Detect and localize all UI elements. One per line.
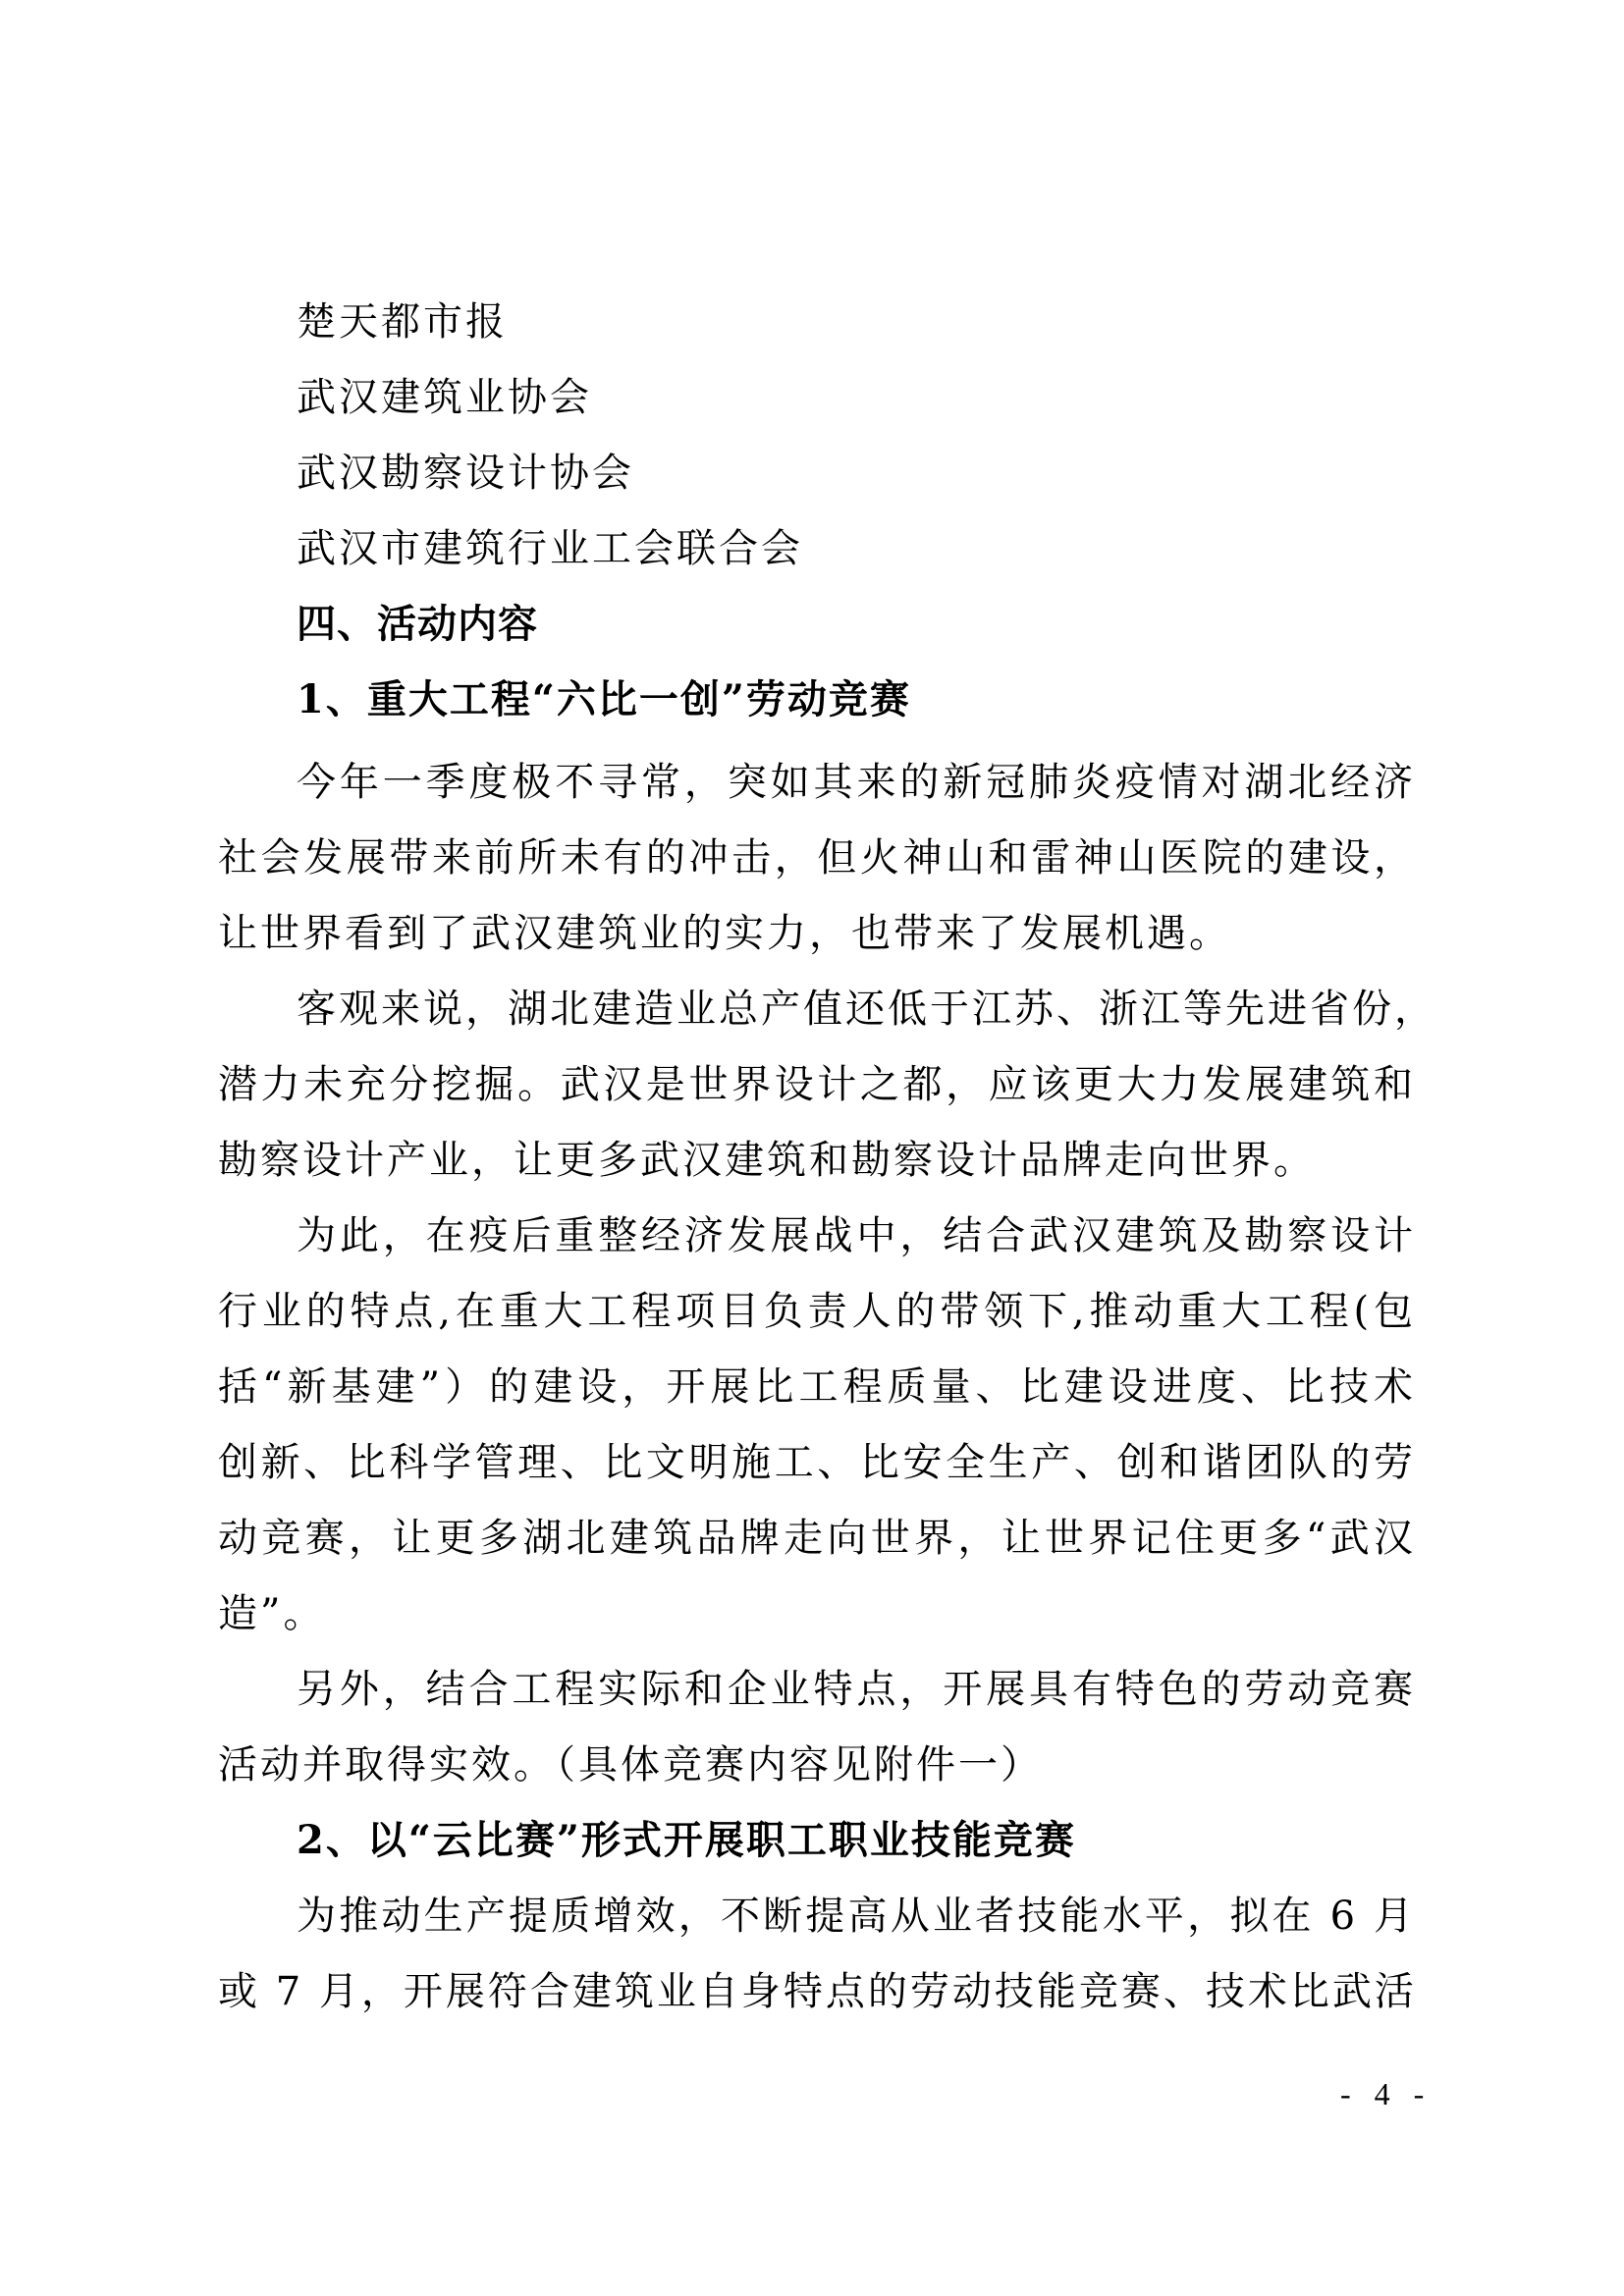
paragraph-line: 勘察设计产业，让更多武汉建筑和勘察设计品牌走向世界。: [218, 1136, 1316, 1185]
organizer-line: 武汉市建筑行业工会联合会: [297, 524, 803, 573]
paragraph-line: 活动并取得实效。（具体竞赛内容见附件一）: [218, 1740, 1043, 1789]
paragraph-line: 动竞赛，让更多湖北建筑品牌走向世界，让世界记住更多“武汉: [218, 1514, 1416, 1563]
paragraph-line: 为此，在疫后重整经济发展战中，结合武汉建筑及勘察设计: [297, 1211, 1416, 1260]
organizer-line: 楚天都市报: [297, 297, 508, 347]
paragraph-line: 潜力未充分挖掘。武汉是世界设计之都，应该更大力发展建筑和: [218, 1060, 1416, 1109]
paragraph-line: 或 7 月，开展符合建筑业自身特点的劳动技能竞赛、技术比武活: [218, 1967, 1416, 2016]
paragraph-line: 造”。: [218, 1589, 325, 1638]
organizer-line: 武汉勘察设计协会: [297, 449, 634, 498]
paragraph-line: 创新、比科学管理、比文明施工、比安全生产、创和谐团队的劳: [218, 1438, 1416, 1487]
page-number: - 4 -: [1340, 2076, 1432, 2112]
subsection-title: 1、重大工程“六比一创”劳动竞赛: [297, 675, 911, 724]
paragraph-line: 另外，结合工程实际和企业特点，开展具有特色的劳动竞赛: [297, 1665, 1416, 1714]
section-heading: 四、活动内容: [297, 600, 538, 649]
organizer-line: 武汉建筑业协会: [297, 373, 592, 422]
paragraph-line: 行业的特点,在重大工程项目负责人的带领下,推动重大工程(包: [218, 1287, 1416, 1336]
paragraph-line: 社会发展带来前所未有的冲击，但火神山和雷神山医院的建设，: [218, 833, 1416, 882]
subsection-title: 2、以“云比赛”形式开展职工职业技能竞赛: [297, 1816, 1076, 1865]
paragraph-line: 客观来说，湖北建造业总产值还低于江苏、浙江等先进省份，: [297, 985, 1416, 1034]
paragraph-line: 让世界看到了武汉建筑业的实力，也带来了发展机遇。: [218, 909, 1231, 958]
paragraph-line: 为推动生产提质增效，不断提高从业者技能水平，拟在 6 月: [297, 1892, 1416, 1941]
paragraph-line: 括“新基建”）的建设，开展比工程质量、比建设进度、比技术: [218, 1362, 1416, 1412]
paragraph-line: 今年一季度极不寻常，突如其来的新冠肺炎疫情对湖北经济: [297, 758, 1416, 807]
